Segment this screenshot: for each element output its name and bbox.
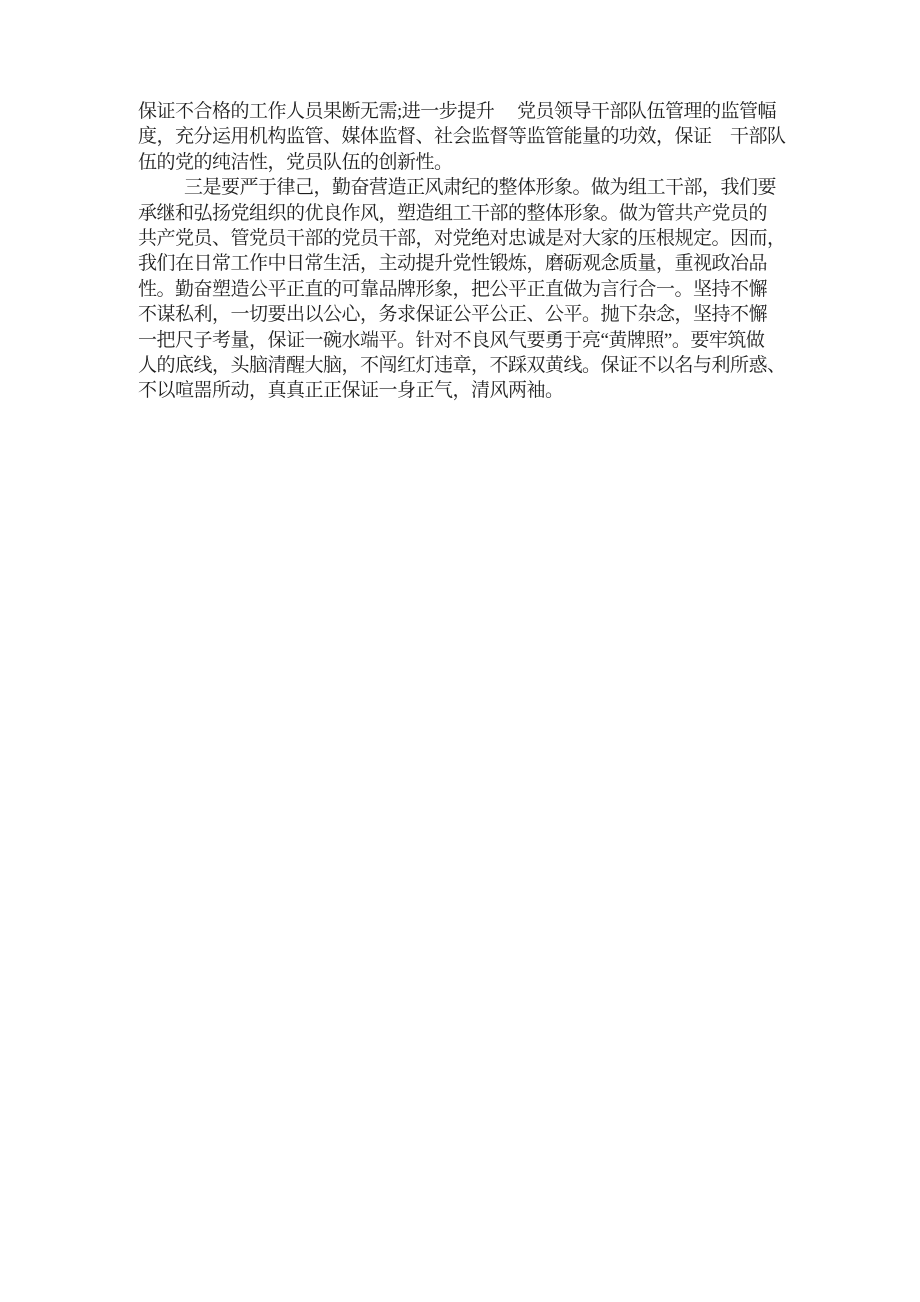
paragraph-continuation: 保证不合格的工作人员果断无需;进一步提升 党员领导干部队伍管理的监管幅 度，充分… xyxy=(138,99,838,175)
document-text-block: 保证不合格的工作人员果断无需;进一步提升 党员领导干部队伍管理的监管幅 度，充分… xyxy=(138,99,838,404)
document-page: 保证不合格的工作人员果断无需;进一步提升 党员领导干部队伍管理的监管幅 度，充分… xyxy=(0,0,920,1302)
paragraph-third-point: 三是要严于律己，勤奋营造正风肃纪的整体形象。做为组工干部，我们要 承继和弘扬党组… xyxy=(138,175,838,404)
